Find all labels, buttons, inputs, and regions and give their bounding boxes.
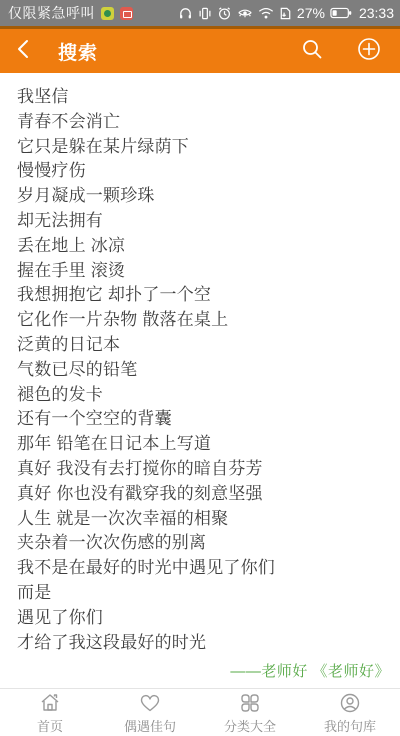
add-button[interactable] (352, 32, 386, 71)
tab-label-home: 首页 (37, 716, 63, 735)
poem-line: 还有一个空空的背囊 (17, 407, 390, 432)
poem-line: 它只是躲在某片绿荫下 (17, 135, 390, 160)
search-button[interactable] (296, 33, 328, 70)
poem-line: 夹杂着一次次伤感的别离 (17, 531, 390, 556)
sim-card-icon (279, 6, 292, 21)
poem-line: 青春不会消亡 (17, 110, 390, 135)
poem-line: 丢在地上 冰凉 (17, 234, 390, 259)
status-bar-left: 仅限紧急呼叫 (8, 3, 133, 23)
poem-line: 我不是在最好的时光中遇见了你们 (17, 556, 390, 581)
poem-line: 才给了我这段最好的时光 (17, 631, 390, 656)
home-icon (38, 691, 62, 715)
alarm-icon (217, 6, 232, 21)
battery-percent: 27% (297, 5, 325, 21)
battery-icon (330, 7, 352, 19)
eye-protection-icon (237, 6, 253, 21)
app-header: 搜索 (0, 29, 400, 73)
status-bar: 仅限紧急呼叫 (0, 0, 400, 26)
tab-discover-sentences[interactable]: 偶遇佳句 (100, 689, 200, 736)
poem-line: 而是 (17, 581, 390, 606)
poem-line: 那年 铅笔在日记本上写道 (17, 432, 390, 457)
profile-icon (338, 691, 362, 715)
tab-label-my-library: 我的句库 (324, 716, 376, 735)
wifi-icon (258, 7, 274, 20)
tab-my-library[interactable]: 我的句库 (300, 689, 400, 736)
headphones-icon (178, 6, 193, 21)
poem-line: 真好 你也没有戳穿我的刻意坚强 (17, 482, 390, 507)
poem-line: 却无法拥有 (17, 209, 390, 234)
add-circle-icon (356, 36, 382, 67)
app-screen: 仅限紧急呼叫 (0, 0, 400, 736)
tab-home[interactable]: 首页 (0, 689, 100, 736)
poem-line: 遇见了你们 (17, 606, 390, 631)
poem-line: 慢慢疗伤 (17, 159, 390, 184)
poem-line: 我坚信 (17, 85, 390, 110)
tab-label-discover: 偶遇佳句 (124, 716, 176, 735)
poem-line: 握在手里 滚烫 (17, 259, 390, 284)
poem-line: 岁月凝成一颗珍珠 (17, 184, 390, 209)
bottom-tab-bar: 首页 偶遇佳句 分类大全 (0, 688, 400, 736)
search-icon (300, 37, 324, 66)
back-button[interactable] (14, 34, 40, 69)
tab-label-categories: 分类大全 (224, 716, 276, 735)
clock-time: 23:33 (359, 5, 394, 21)
poem-attribution: ——老师好 《老师好》 (17, 660, 390, 681)
category-clover-icon (238, 691, 262, 715)
notification-app-icon-yellow (101, 7, 114, 20)
page-title: 搜索 (58, 38, 98, 65)
poem-line: 气数已尽的铅笔 (17, 358, 390, 383)
poem-line: 真好 我没有去打搅你的暗自芬芳 (17, 457, 390, 482)
notification-app-icon-red (120, 7, 133, 20)
heart-icon (138, 691, 162, 715)
vibrate-icon (198, 6, 212, 21)
poem-line: 我想拥抱它 却扑了一个空 (17, 283, 390, 308)
carrier-text: 仅限紧急呼叫 (8, 3, 95, 23)
poem-content: 我坚信 青春不会消亡 它只是躲在某片绿荫下 慢慢疗伤 岁月凝成一颗珍珠 却无法拥… (0, 73, 400, 688)
poem-line: 褪色的发卡 (17, 383, 390, 408)
poem-line: 人生 就是一次次幸福的相聚 (17, 507, 390, 532)
poem-line: 它化作一片杂物 散落在桌上 (17, 308, 390, 333)
poem-lines: 我坚信 青春不会消亡 它只是躲在某片绿荫下 慢慢疗伤 岁月凝成一颗珍珠 却无法拥… (17, 85, 390, 655)
back-chevron-icon (14, 38, 34, 65)
poem-line: 泛黄的日记本 (17, 333, 390, 358)
status-bar-right: 27% 23:33 (178, 5, 394, 21)
tab-categories[interactable]: 分类大全 (200, 689, 300, 736)
